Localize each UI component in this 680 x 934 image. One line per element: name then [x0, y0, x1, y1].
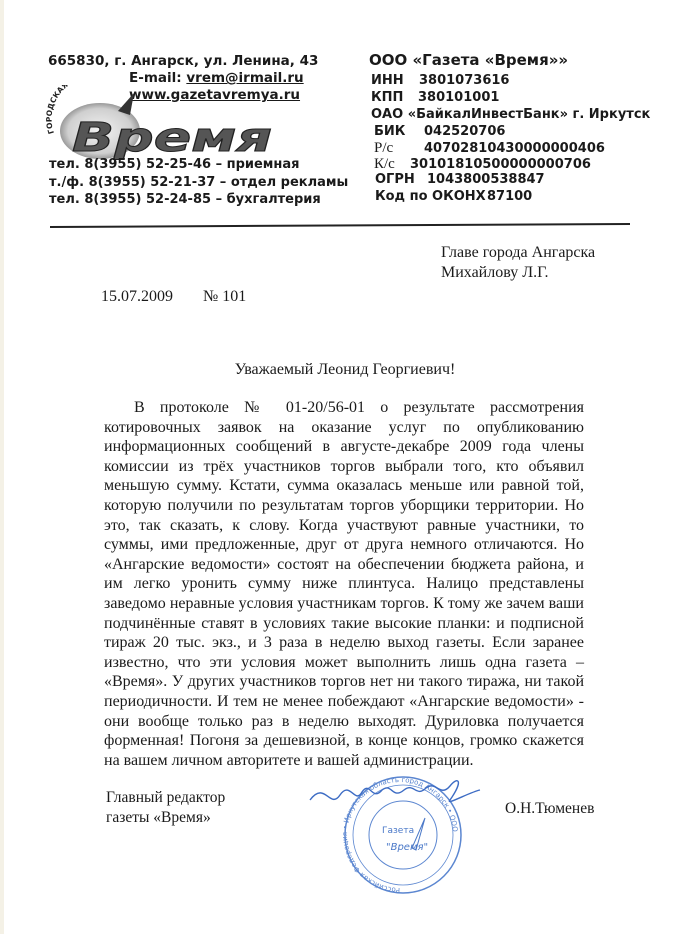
svg-text:"Время": "Время": [386, 842, 428, 853]
phone-advertising: т./ф. 8(3955) 52-21-37 – отдел рекламы: [49, 174, 348, 192]
letterhead-phones: тел. 8(3955) 52-25-46 – приемная т./ф. 8…: [49, 156, 348, 209]
letterhead-email: E-mail: vrem@irmail.ru: [129, 70, 304, 86]
letterhead-divider: [50, 223, 630, 228]
letterhead-address: 665830, г. Ангарск, ул. Ленина, 43: [48, 53, 318, 69]
stamp-seal-icon: Российская Федерация • Иркутская область…: [300, 770, 500, 905]
addressee: Главе города Ангарска Михайлову Л.Г.: [441, 243, 595, 283]
date-number-line: 15.07.2009№ 101: [101, 288, 246, 306]
req-ogrn: ОГРН1043800538847: [375, 172, 545, 187]
letter-date: 15.07.2009: [101, 288, 173, 305]
req-bik: БИК042520706: [374, 124, 505, 139]
req-bank: ОАО «БайкалИнвестБанк» г. Иркутск: [371, 107, 650, 122]
req-kpp: КПП380101001: [371, 90, 499, 105]
req-correspondent-account: К/с30101810500000000706: [374, 156, 591, 173]
svg-text:Время: Время: [72, 115, 272, 160]
req-settlement-account: Р/с40702810430000000406: [374, 140, 605, 157]
newspaper-logo: ГОРОДСКАЯ ГАЗЕТА Время: [42, 85, 282, 160]
addressee-name: Михайлову Л.Г.: [441, 263, 595, 283]
letter-body: В протоколе № 01-20/56-01 о результате р…: [104, 398, 584, 770]
official-stamp: Российская Федерация • Иркутская область…: [300, 770, 500, 905]
vremya-logo-icon: ГОРОДСКАЯ ГАЗЕТА Время: [42, 85, 282, 160]
signer-name: О.Н.Тюменев: [505, 800, 594, 818]
email-label: E-mail:: [129, 70, 186, 86]
req-inn: ИНН3801073616: [371, 73, 509, 88]
email-link[interactable]: vrem@irmail.ru: [186, 70, 303, 86]
phone-reception: тел. 8(3955) 52-25-46 – приемная: [49, 156, 348, 174]
signer-position: Главный редактор газеты «Время»: [106, 788, 225, 828]
phone-accounting: тел. 8(3955) 52-24-85 – бухгалтерия: [49, 191, 348, 209]
addressee-title: Главе города Ангарска: [441, 243, 595, 263]
req-okonh: Код по ОКОНХ87100: [375, 189, 532, 204]
scan-edge: [0, 0, 4, 934]
svg-text:Газета: Газета: [382, 826, 414, 836]
salutation: Уважаемый Леонид Георгиевич!: [0, 361, 680, 379]
organization-name: ООО «Газета «Время»»: [369, 51, 568, 69]
letter-number: № 101: [203, 288, 246, 305]
